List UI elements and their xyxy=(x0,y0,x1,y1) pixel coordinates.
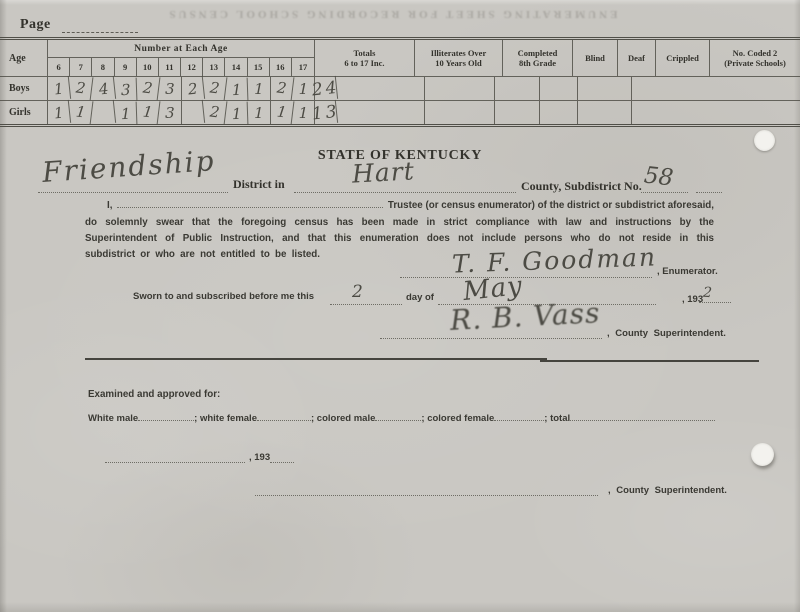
girls-blind-cell xyxy=(495,101,540,124)
boys-deaf-cell xyxy=(540,77,578,100)
table-header-row: Age Number at Each Age 6 7 8 9 10 11 12 … xyxy=(0,40,800,76)
girls-age-15-count: 1 xyxy=(248,101,270,124)
superintendent-signature-line xyxy=(380,337,602,339)
boys-illiterates-cell xyxy=(337,77,425,100)
boys-crippled-cell xyxy=(578,77,632,100)
oath-line-1: I, Trustee (or census enumerator) of the… xyxy=(85,198,714,214)
day-of-label: day of xyxy=(406,292,434,303)
enumerator-signature-handwritten: T. F. Goodman xyxy=(452,242,658,278)
completed-8th-grade-header: Completed 8th Grade xyxy=(503,40,573,76)
approval-fields-row: White male ; white female ; colored male… xyxy=(88,413,715,424)
boys-row-label: Boys xyxy=(0,77,48,100)
age-col-9: 9 xyxy=(115,58,137,76)
oath-line-1-text: Trustee (or census enumerator) of the di… xyxy=(388,198,714,214)
girls-row-label: Girls xyxy=(0,101,48,124)
girls-age-16-count: 1 xyxy=(269,99,294,125)
boys-completed-cell xyxy=(425,77,495,100)
colored-female-label: ; colored female xyxy=(421,413,494,424)
crippled-header: Crippled xyxy=(656,40,710,76)
age-col-7: 7 xyxy=(70,58,92,76)
number-at-each-age-group: Number at Each Age 6 7 8 9 10 11 12 13 1… xyxy=(48,40,315,76)
approval-year-blank-line xyxy=(270,461,294,463)
section-divider-left xyxy=(85,358,547,360)
girls-completed-cell xyxy=(425,101,495,124)
white-female-label: ; white female xyxy=(194,413,257,424)
census-form-scan: ENUMERATING SHEET FOR RECORDING SCHOOL C… xyxy=(0,0,800,612)
enumerator-signature-line xyxy=(400,276,652,278)
age-col-15: 15 xyxy=(248,58,270,76)
boys-age-6-count: 1 xyxy=(47,76,72,101)
girls-age-7-count: 1 xyxy=(69,99,94,125)
illiterates-header: Illiterates Over 10 Years Old xyxy=(415,40,503,76)
boys-age-10-count: 2 xyxy=(136,75,161,101)
oath-i-label: I, xyxy=(107,198,112,214)
sworn-day-handwritten: 2 xyxy=(352,282,363,302)
bleedthrough-text: ENUMERATING SHEET FOR RECORDING SCHOOL C… xyxy=(148,5,636,20)
district-blank-line xyxy=(38,191,228,193)
trustee-name-blank-line xyxy=(117,206,382,208)
boys-coded-cell xyxy=(632,77,722,100)
hole-punch-top xyxy=(754,130,775,151)
girls-crippled-cell xyxy=(578,101,632,124)
colored-male-blank-line xyxy=(375,419,421,421)
county-name-handwritten: Hart xyxy=(351,156,415,188)
county-subdistrict-label: County, Subdistrict No. xyxy=(521,179,642,194)
girls-illiterates-cell xyxy=(337,101,425,124)
girls-total: 13 xyxy=(314,100,339,125)
subdistrict-blank-line xyxy=(641,191,688,193)
age-col-6: 6 xyxy=(48,58,70,76)
boys-age-14-count: 1 xyxy=(226,78,249,102)
girls-coded-cell xyxy=(632,101,722,124)
year-blank-line xyxy=(699,301,731,303)
age-column-header: Age xyxy=(0,40,48,76)
approval-date-blank-line xyxy=(105,461,245,463)
girls-age-8-count xyxy=(91,100,116,125)
section-divider-right xyxy=(540,360,759,362)
colored-male-label: ; colored male xyxy=(311,413,375,424)
age-col-11: 11 xyxy=(159,58,181,76)
boys-age-16-count: 2 xyxy=(269,75,294,101)
superintendent-signature-handwritten: R. B. Vass xyxy=(449,296,601,337)
age-col-16: 16 xyxy=(270,58,292,76)
white-male-label: White male xyxy=(88,413,138,424)
girls-age-14-count: 1 xyxy=(226,102,249,126)
subdistrict-blank-line-2 xyxy=(696,191,722,193)
girls-age-9-count: 1 xyxy=(114,102,137,126)
age-number-headers: 6 7 8 9 10 11 12 13 14 15 16 17 xyxy=(48,58,314,76)
census-count-table: Age Number at Each Age 6 7 8 9 10 11 12 … xyxy=(0,37,800,127)
page-label: Page xyxy=(20,17,51,33)
year-193-label: , 193 xyxy=(682,294,703,305)
boys-age-7-count: 2 xyxy=(69,75,94,101)
boys-age-8-count: 4 xyxy=(91,76,116,101)
age-col-12: 12 xyxy=(181,58,203,76)
totals-header: Totals 6 to 17 Inc. xyxy=(315,40,415,76)
girls-age-10-count: 1 xyxy=(136,99,161,125)
table-row-boys: Boys 1 2 4 3 2 3 2 2 1 1 2 1 24 xyxy=(0,76,800,100)
enumerator-label: , Enumerator. xyxy=(657,266,718,277)
table-row-girls: Girls 1 1 1 1 3 2 1 1 1 1 13 xyxy=(0,100,800,124)
approval-year-193-label: , 193 xyxy=(249,452,270,463)
group-header: Number at Each Age xyxy=(48,40,314,58)
year-digit-handwritten: 2 xyxy=(702,285,712,302)
total-label: ; total xyxy=(544,413,570,424)
boys-total: 24 xyxy=(314,76,339,101)
girls-age-12-count xyxy=(180,100,205,125)
boys-age-13-count: 2 xyxy=(203,75,228,101)
bottom-superintendent-signature-line xyxy=(255,494,598,496)
sworn-statement-text: Sworn to and subscribed before me this xyxy=(133,291,314,302)
subdistrict-number-handwritten: 58 xyxy=(643,163,675,192)
boys-blind-cell xyxy=(495,77,540,100)
sworn-day-blank-line xyxy=(330,303,402,305)
hole-punch-bottom xyxy=(751,443,774,466)
boys-age-11-count: 3 xyxy=(159,77,181,100)
page-number-blank-line xyxy=(62,32,138,33)
boys-age-12-count: 2 xyxy=(180,76,205,101)
examined-approved-label: Examined and approved for: xyxy=(88,389,220,400)
colored-female-blank-line xyxy=(494,419,544,421)
boys-age-9-count: 3 xyxy=(114,78,137,102)
girls-deaf-cell xyxy=(540,101,578,124)
district-in-label: District in xyxy=(233,177,285,192)
total-blank-line xyxy=(570,419,715,421)
county-blank-line xyxy=(294,191,516,193)
private-schools-header: No. Coded 2 (Private Schools) xyxy=(710,40,800,76)
girls-age-11-count: 3 xyxy=(159,101,181,124)
girls-age-6-count: 1 xyxy=(47,100,72,125)
deaf-header: Deaf xyxy=(618,40,656,76)
age-col-14: 14 xyxy=(225,58,247,76)
age-col-13: 13 xyxy=(203,58,225,76)
girls-age-13-count: 2 xyxy=(203,99,228,125)
bottom-county-superintendent-label: , County Superintendent. xyxy=(608,485,727,496)
age-col-17: 17 xyxy=(292,58,314,76)
age-col-10: 10 xyxy=(137,58,159,76)
boys-age-15-count: 1 xyxy=(248,77,270,100)
blind-header: Blind xyxy=(573,40,618,76)
county-superintendent-label: , County Superintendent. xyxy=(607,328,726,339)
age-col-8: 8 xyxy=(92,58,114,76)
white-female-blank-line xyxy=(257,419,311,421)
white-male-blank-line xyxy=(138,419,194,421)
